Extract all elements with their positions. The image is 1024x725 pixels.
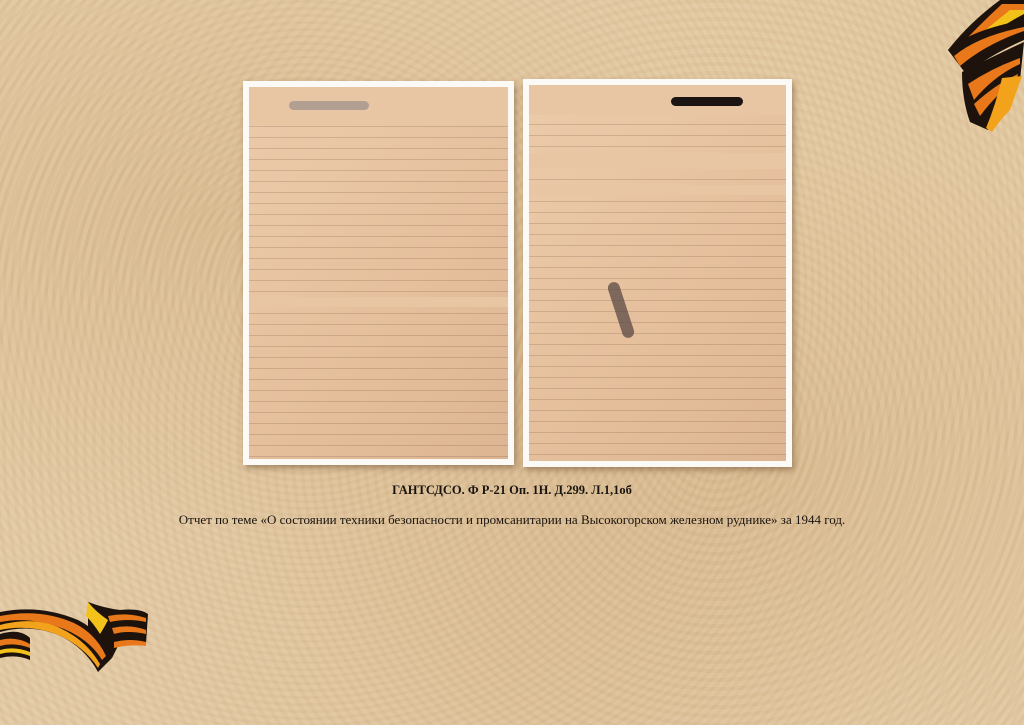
document-description: Отчет по теме «О состоянии техники безоп… xyxy=(0,512,1024,528)
document-scan-left xyxy=(249,87,508,459)
st-george-ribbon-bottom-left xyxy=(0,598,150,678)
document-scan-right xyxy=(529,85,786,461)
st-george-ribbon-top-right xyxy=(940,0,1024,140)
document-photo-left xyxy=(243,81,514,465)
redaction-mark xyxy=(671,97,743,106)
document-photo-right xyxy=(523,79,792,467)
ink-smudge xyxy=(606,281,635,340)
redaction-mark xyxy=(289,101,369,110)
archive-reference: ГАНТСДСО. Ф Р-21 Оп. 1Н. Д.299. Л.1,1об xyxy=(0,483,1024,498)
